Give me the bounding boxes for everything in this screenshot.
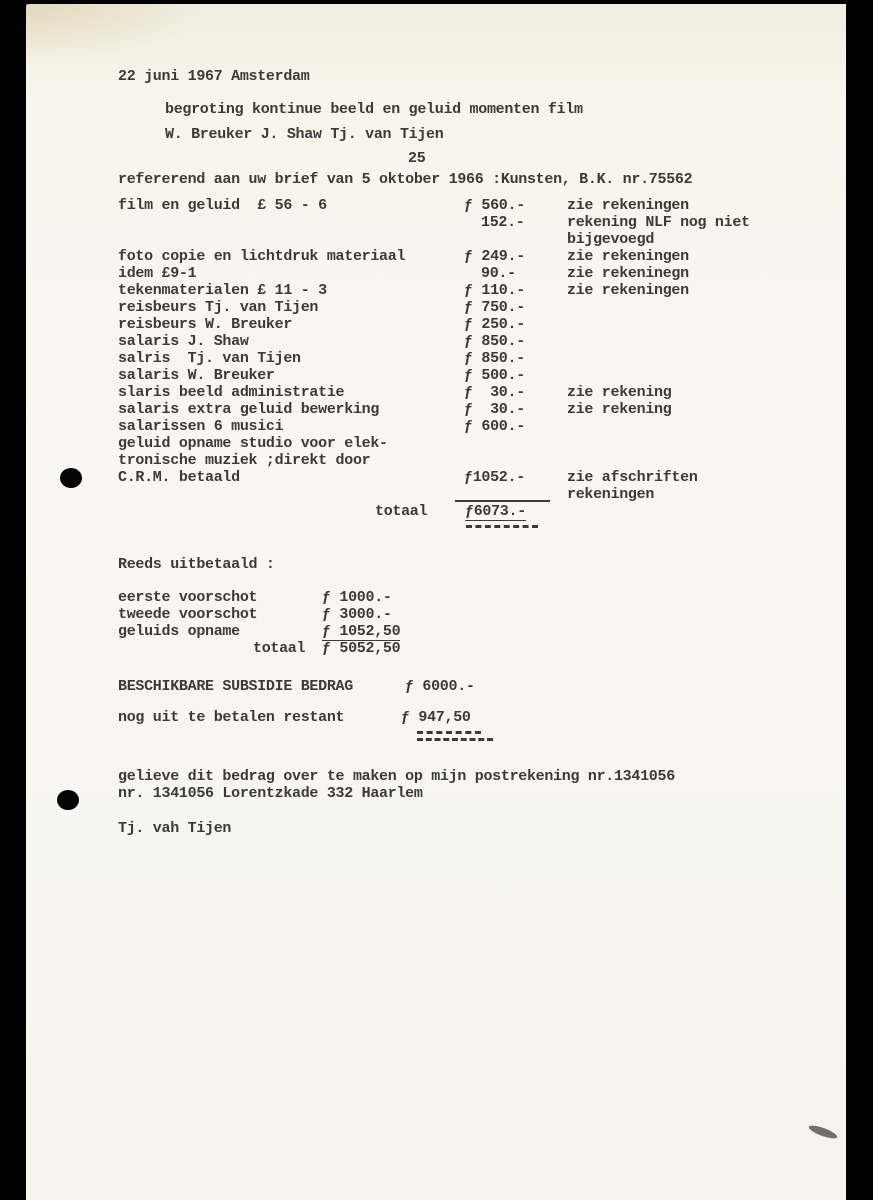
budget-item-amount: ƒ 30.-: [464, 401, 525, 418]
budget-item-amount: ƒ 249.-: [464, 248, 525, 265]
budget-item-amount: 90.-: [481, 265, 516, 282]
budget-item-amount: ƒ 750.-: [464, 299, 525, 316]
document-title: begroting kontinue beeld en geluid momen…: [165, 101, 583, 118]
punch-hole: [57, 790, 79, 810]
paid-total-label: totaal: [253, 640, 305, 657]
date-correction: 25: [408, 150, 425, 167]
budget-item-note: zie afschriften: [567, 469, 698, 486]
budget-item-label: reisbeurs Tj. van Tijen: [118, 299, 318, 316]
budget-item-note: zie rekeningen: [567, 282, 689, 299]
paid-amount: ƒ 1000.-: [322, 589, 392, 606]
budget-item-amount: ƒ 110.-: [464, 282, 525, 299]
paid-heading: Reeds uitbetaald :: [118, 556, 275, 573]
budget-item-label: salaris J. Shaw: [118, 333, 249, 350]
budget-item-amount: 152.-: [481, 214, 525, 231]
budget-total-amount: ƒ6073.-: [465, 503, 526, 521]
payment-request: gelieve dit bedrag over te maken op mijn…: [118, 768, 675, 785]
budget-item-note: zie rekeningen: [567, 248, 689, 265]
remaining-label: nog uit te betalen restant: [118, 709, 344, 726]
paid-amount: ƒ 3000.-: [322, 606, 392, 623]
account-address: nr. 1341056 Lorentzkade 332 Haarlem: [118, 785, 423, 802]
reference-line: refererend aan uw brief van 5 oktober 19…: [118, 171, 692, 188]
paid-label: geluids opname: [118, 623, 240, 640]
budget-item-label: salaris extra geluid bewerking: [118, 401, 379, 418]
budget-item-note: zie rekeninegn: [567, 265, 689, 282]
paid-label: tweede voorschot: [118, 606, 257, 623]
budget-item-amount: ƒ 250.-: [464, 316, 525, 333]
budget-item-amount: ƒ 850.-: [464, 350, 525, 367]
budget-item-label: tronische muziek ;direkt door: [118, 452, 370, 469]
budget-item-note: rekeningen: [567, 486, 654, 503]
budget-item-label: C.R.M. betaald: [118, 469, 240, 486]
signature: Tj. vah Tijen: [118, 820, 231, 837]
budget-item-label: reisbeurs W. Breuker: [118, 316, 292, 333]
double-underline: [417, 738, 493, 741]
budget-item-label: film en geluid £ 56 - 6: [118, 197, 327, 214]
budget-item-note: bijgevoegd: [567, 231, 654, 248]
punch-hole: [60, 468, 82, 488]
subsidy-amount: ƒ 6000.-: [405, 678, 475, 695]
budget-item-note: zie rekeningen: [567, 197, 689, 214]
budget-item-note: rekening NLF nog niet: [567, 214, 750, 231]
double-underline: [417, 731, 481, 734]
budget-item-note: zie rekening: [567, 401, 671, 418]
paid-amount: ƒ 1052,50: [322, 623, 400, 641]
total-rule: [455, 500, 550, 502]
budget-item-label: slaris beeld administratie: [118, 384, 344, 401]
budget-item-amount: ƒ 850.-: [464, 333, 525, 350]
date-place: 22 juni 1967 Amsterdam: [118, 68, 309, 85]
budget-total-label: totaal: [375, 503, 427, 520]
budget-item-amount: ƒ 600.-: [464, 418, 525, 435]
budget-item-label: salris Tj. van Tijen: [118, 350, 301, 367]
budget-item-amount: ƒ 30.-: [464, 384, 525, 401]
budget-item-amount: ƒ1052.-: [464, 469, 525, 486]
paid-label: eerste voorschot: [118, 589, 257, 606]
budget-item-note: zie rekening: [567, 384, 671, 401]
budget-item-label: tekenmaterialen £ 11 - 3: [118, 282, 327, 299]
document-authors: W. Breuker J. Shaw Tj. van Tijen: [165, 126, 443, 143]
double-underline: [466, 525, 538, 528]
remaining-amount: ƒ 947,50: [401, 709, 471, 726]
paid-total-amount: ƒ 5052,50: [322, 640, 400, 657]
budget-item-amount: ƒ 500.-: [464, 367, 525, 384]
subsidy-label: BESCHIKBARE SUBSIDIE BEDRAG: [118, 678, 353, 695]
budget-item-label: geluid opname studio voor elek-: [118, 435, 388, 452]
budget-item-label: salarissen 6 musici: [118, 418, 283, 435]
budget-item-label: foto copie en lichtdruk materiaal: [118, 248, 405, 265]
budget-item-label: idem £9-1: [118, 265, 196, 282]
budget-item-label: salaris W. Breuker: [118, 367, 275, 384]
budget-item-amount: ƒ 560.-: [464, 197, 525, 214]
